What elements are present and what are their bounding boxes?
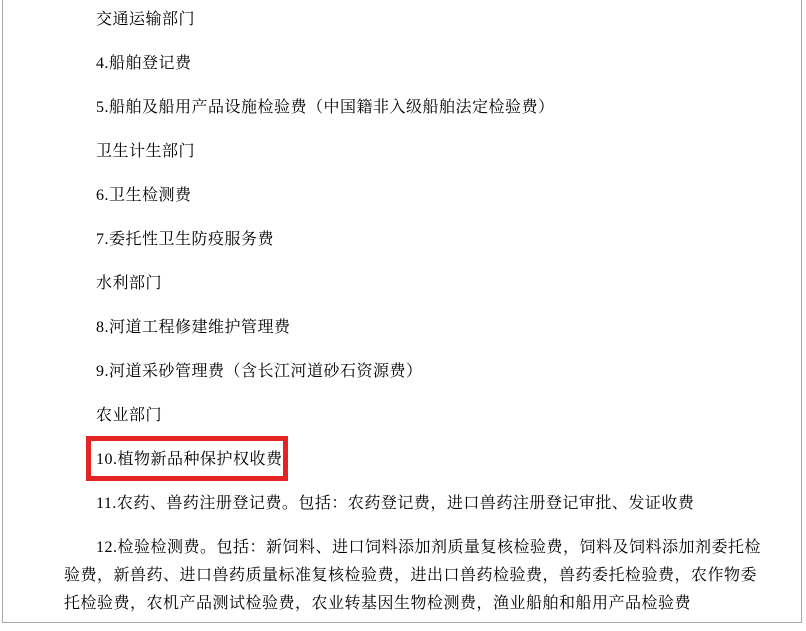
fee-item-4-ship-registration: 4.船舶登记费: [64, 50, 765, 78]
section-heading-agriculture: 农业部门: [64, 402, 765, 430]
fee-item-10-text: 10.植物新品种保护权收费: [96, 451, 283, 468]
fee-item-9-river-sand-mining: 9.河道采砂管理费（含长江河道砂石资源费）: [64, 358, 765, 386]
section-heading-water: 水利部门: [64, 270, 765, 298]
fee-item-12-inspection-testing: 12.检验检测费。包括：新饲料、进口饲料添加剂质量复核检验费，饲料及饲料添加剂委…: [64, 534, 765, 618]
fee-item-5-ship-inspection: 5.船舶及船用产品设施检验费（中国籍非入级船舶法定检验费）: [64, 94, 765, 122]
fee-item-7-health-epidemic-service: 7.委托性卫生防疫服务费: [64, 226, 765, 254]
fee-item-10-plant-variety-protection: 10.植物新品种保护权收费: [64, 446, 765, 474]
document-page: 交通运输部门 4.船舶登记费 5.船舶及船用产品设施检验费（中国籍非入级船舶法定…: [2, 0, 802, 623]
fee-item-6-health-testing: 6.卫生检测费: [64, 182, 765, 210]
section-heading-transport: 交通运输部门: [64, 6, 765, 34]
section-heading-health: 卫生计生部门: [64, 138, 765, 166]
document-content: 交通运输部门 4.船舶登记费 5.船舶及船用产品设施检验费（中国籍非入级船舶法定…: [3, 0, 801, 618]
fee-item-11-pesticide-vet-drug-registration: 11.农药、兽药注册登记费。包括：农药登记费，进口兽药注册登记审批、发证收费: [64, 490, 765, 518]
fee-item-8-river-engineering: 8.河道工程修建维护管理费: [64, 314, 765, 342]
